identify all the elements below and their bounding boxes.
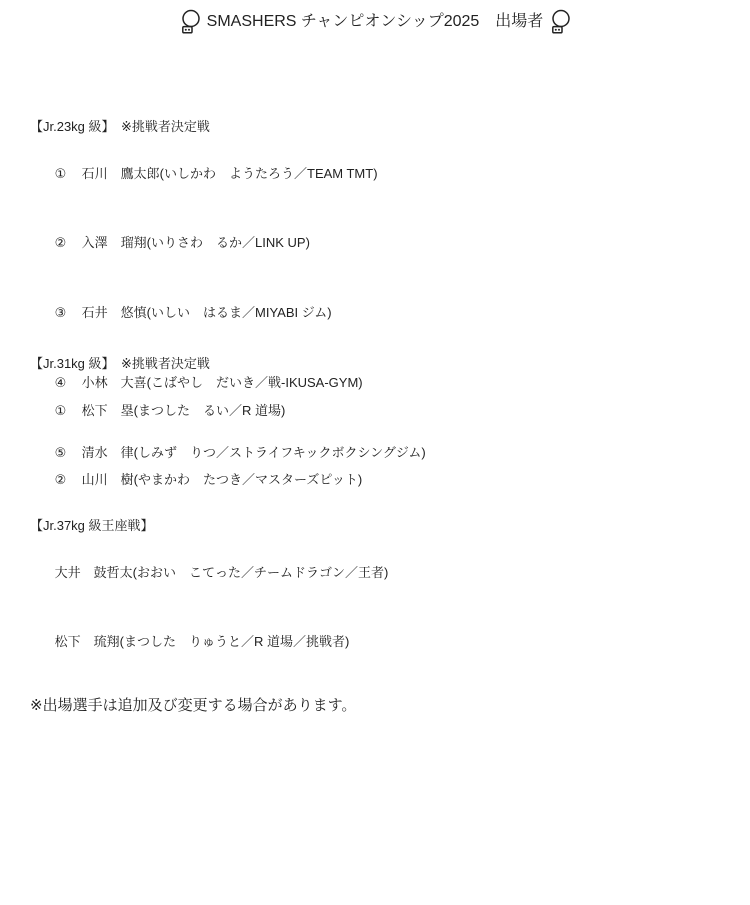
section-jr31kg: 【Jr.31kg 級】 ※挑戦者決定戦 ①松下 塁(まつした るい／R 道場) … <box>30 352 362 515</box>
document-page: SMASHERS チャンピオンシップ2025 出場者 【Jr.23kg 級】 ※… <box>0 0 750 905</box>
entry-row: ②入澤 瑠翔(いりさわ るか／LINK UP) <box>30 208 426 278</box>
entry-number: ② <box>55 231 82 254</box>
section-heading: 【Jr.37kg 級王座戦】 <box>30 514 388 537</box>
entry-text: 松下 琉翔(まつした りゅうと／R 道場／挑戦者) <box>55 634 350 649</box>
entry-text: 石井 悠慎(いしい はるま／MIYABI ジム) <box>82 305 332 320</box>
entry-text: 山川 樹(やまかわ たつき／マスターズピット) <box>82 472 363 487</box>
entry-row: ③石井 悠慎(いしい はるま／MIYABI ジム) <box>30 278 426 348</box>
footer-note: ※出場選手は追加及び変更する場合があります。 <box>30 695 356 717</box>
entry-row: 大井 鼓哲太(おおい こてった／チームドラゴン／王者) <box>30 537 388 607</box>
entry-text: 松下 塁(まつした るい／R 道場) <box>82 403 286 418</box>
page-title-text: SMASHERS チャンピオンシップ2025 出場者 <box>207 9 544 35</box>
entry-text: 石川 鷹太郎(いしかわ ようたろう／TEAM TMT) <box>82 166 378 181</box>
entry-number: ① <box>55 162 82 185</box>
entry-number: ② <box>55 468 82 491</box>
boxing-glove-icon <box>180 9 200 35</box>
entry-row: 松下 琉翔(まつした りゅうと／R 道場／挑戦者) <box>30 607 388 677</box>
entry-text: 入澤 瑠翔(いりさわ るか／LINK UP) <box>82 235 310 250</box>
page-title: SMASHERS チャンピオンシップ2025 出場者 <box>0 9 750 35</box>
section-heading: 【Jr.31kg 級】 ※挑戦者決定戦 <box>30 352 362 375</box>
section-heading: 【Jr.23kg 級】 ※挑戦者決定戦 <box>30 115 426 138</box>
entry-row: ①松下 塁(まつした るい／R 道場) <box>30 375 362 445</box>
entry-row: ②山川 樹(やまかわ たつき／マスターズピット) <box>30 445 362 515</box>
entry-number: ① <box>55 399 82 422</box>
entry-row: ①石川 鷹太郎(いしかわ ようたろう／TEAM TMT) <box>30 138 426 208</box>
section-jr37kg-title-match: 【Jr.37kg 級王座戦】 大井 鼓哲太(おおい こてった／チームドラゴン／王… <box>30 514 388 677</box>
entry-number: ③ <box>55 301 82 324</box>
boxing-glove-icon <box>550 9 570 35</box>
entry-text: 大井 鼓哲太(おおい こてった／チームドラゴン／王者) <box>55 565 389 580</box>
